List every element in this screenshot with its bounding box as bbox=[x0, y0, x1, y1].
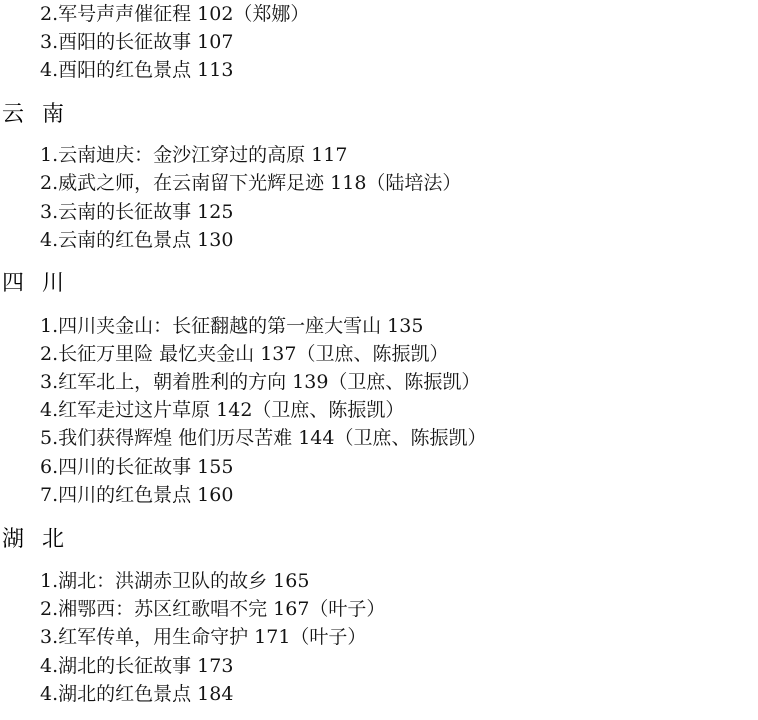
toc-entry: 3.云南的长征故事 125 bbox=[40, 198, 233, 226]
toc-entry: 7.四川的红色景点 160 bbox=[40, 481, 233, 509]
toc-entry: 1.云南迪庆：金沙江穿过的高原 117 bbox=[40, 141, 347, 169]
toc-entry: 4.云南的红色景点 130 bbox=[40, 226, 233, 254]
toc-entry: 4.酉阳的红色景点 113 bbox=[40, 56, 233, 84]
section-heading-hubei: 湖北 bbox=[2, 525, 82, 555]
toc-entry: 3.酉阳的长征故事 107 bbox=[40, 28, 233, 56]
toc-entry: 2.军号声声催征程 102（郑娜） bbox=[40, 0, 309, 28]
toc-entry: 6.四川的长征故事 155 bbox=[40, 453, 233, 481]
toc-entry: 4.湖北的长征故事 173 bbox=[40, 652, 233, 680]
toc-entry: 4.湖北的红色景点 184 bbox=[40, 680, 233, 708]
toc-entry: 2.长征万里险 最忆夹金山 137（卫庶、陈振凯） bbox=[40, 340, 448, 368]
section-heading-yunnan: 云南 bbox=[2, 100, 82, 130]
toc-entry: 1.四川夹金山：长征翻越的第一座大雪山 135 bbox=[40, 312, 423, 340]
toc-entry: 1.湖北：洪湖赤卫队的故乡 165 bbox=[40, 567, 309, 595]
section-heading-sichuan: 四川 bbox=[2, 269, 82, 299]
toc-entry: 2.湘鄂西：苏区红歌唱不完 167（叶子） bbox=[40, 595, 385, 623]
toc-entry: 4.红军走过这片草原 142（卫庶、陈振凯） bbox=[40, 396, 404, 424]
toc-entry: 5.我们获得辉煌 他们历尽苦难 144（卫庶、陈振凯） bbox=[40, 424, 486, 452]
toc-entry: 3.红军北上，朝着胜利的方向 139（卫庶、陈振凯） bbox=[40, 368, 480, 396]
toc-entry: 3.红军传单，用生命守护 171（叶子） bbox=[40, 623, 366, 651]
toc-entry: 2.威武之师，在云南留下光辉足迹 118（陆培法） bbox=[40, 169, 461, 197]
